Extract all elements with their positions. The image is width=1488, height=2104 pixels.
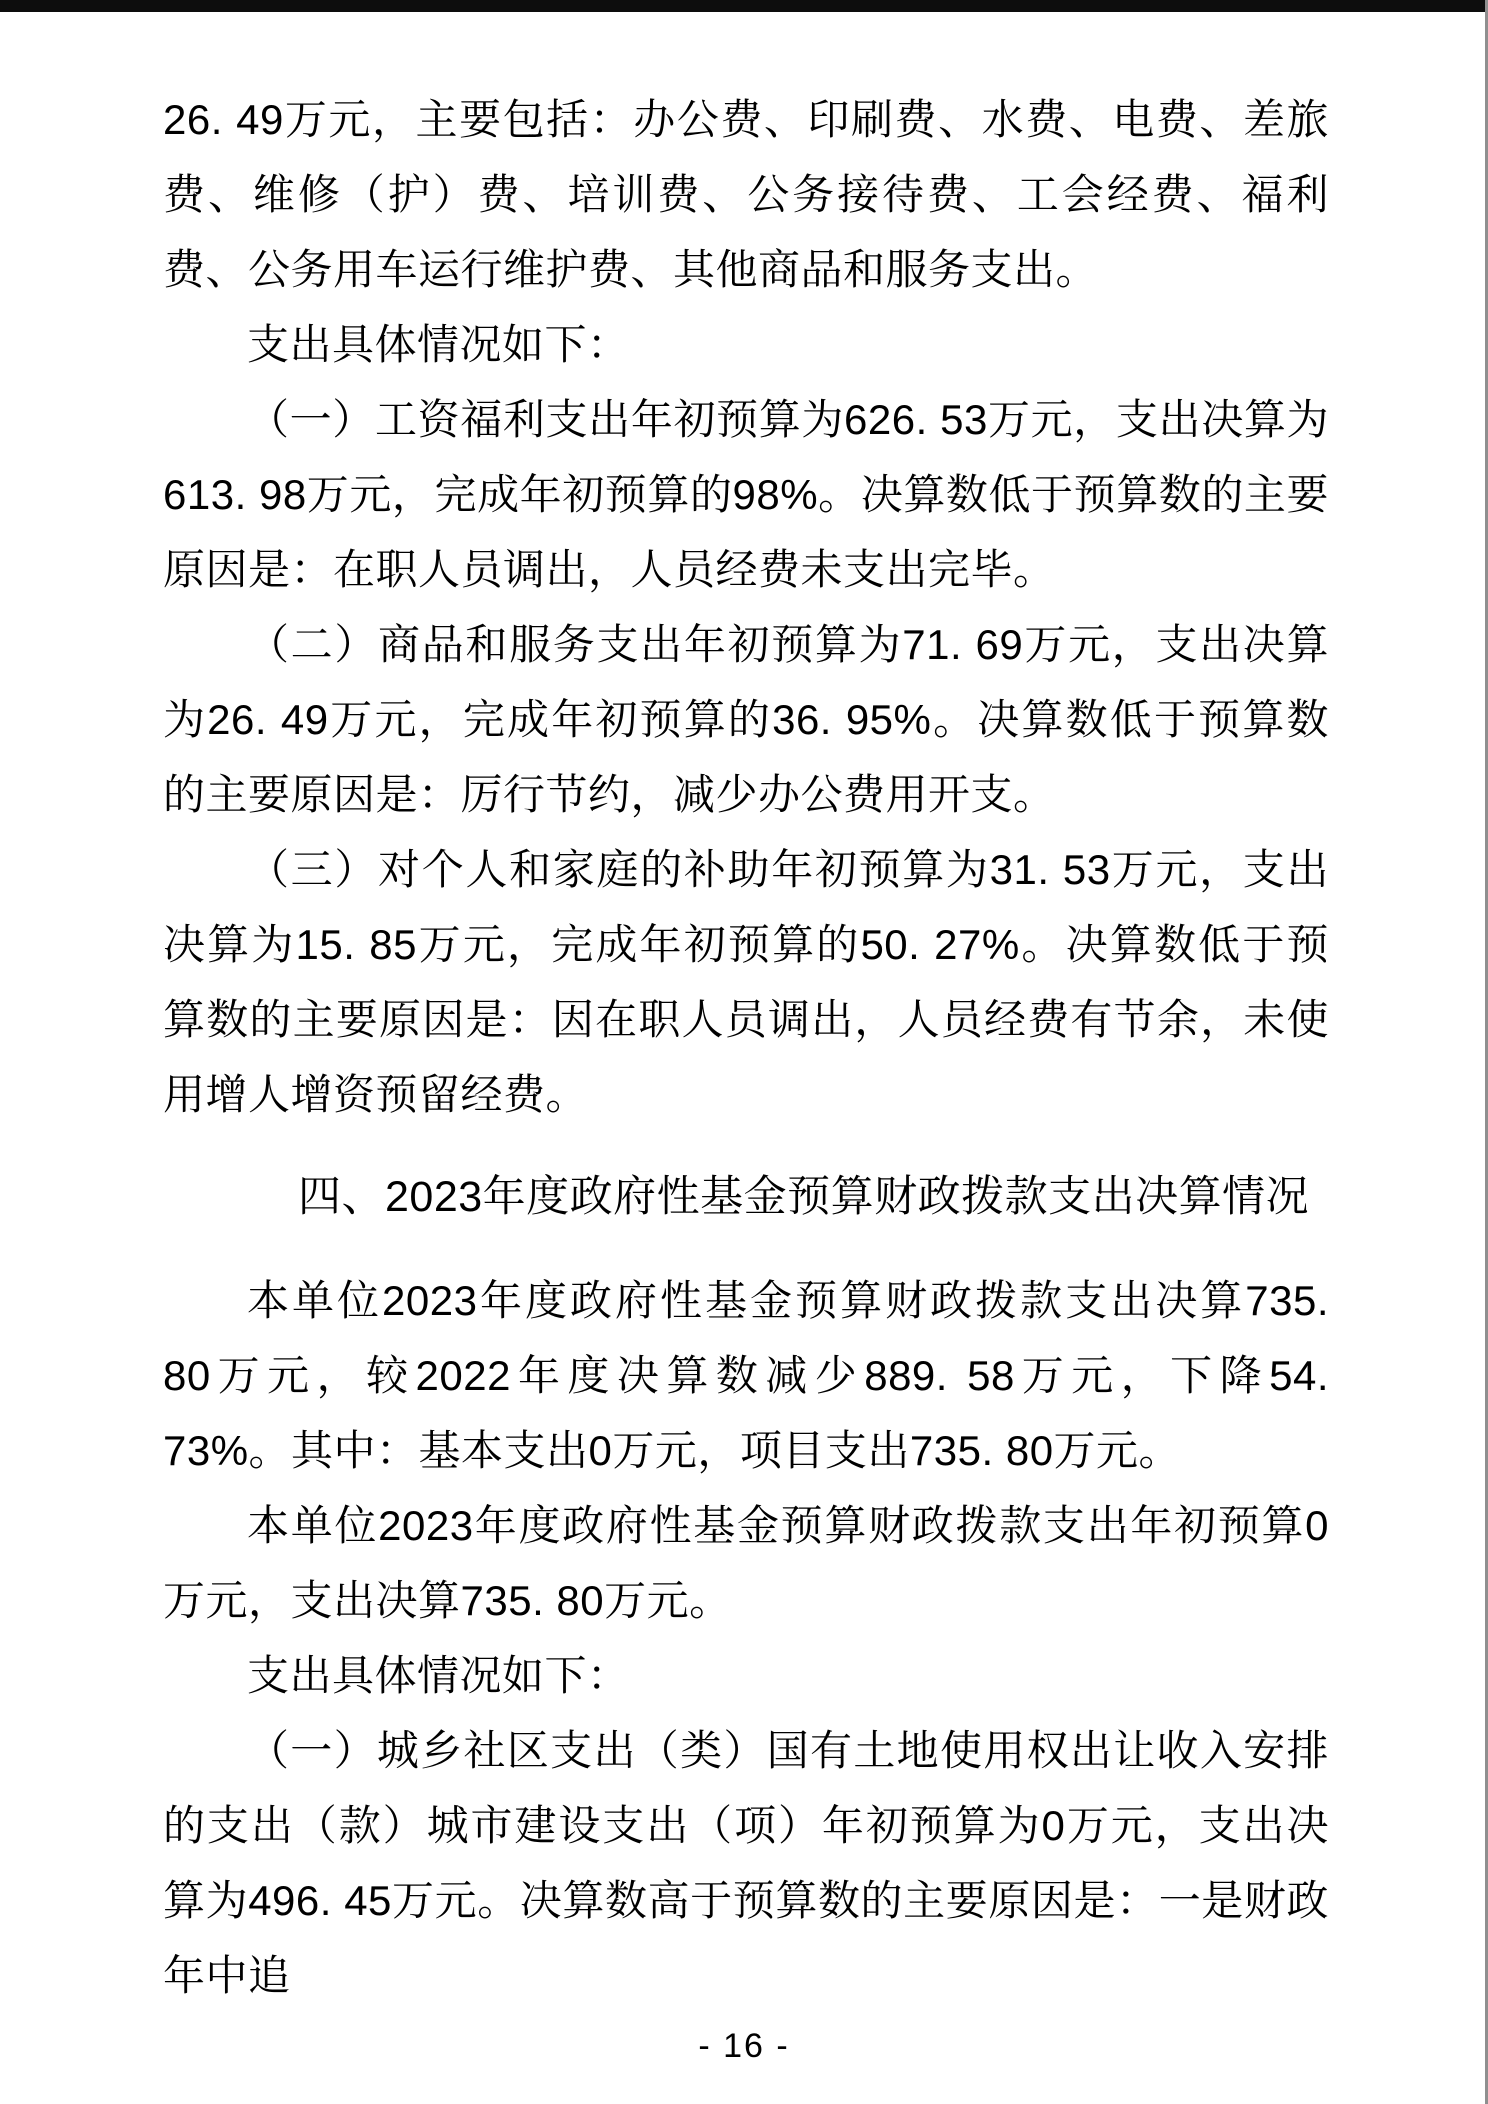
paragraph-item-1-salary-welfare: （一）工资福利支出年初预算为626. 53万元，支出决算为613. 98万元，完… xyxy=(163,382,1329,607)
paragraph-fund-expenditure-summary: 本单位2023年度政府性基金预算财政拨款支出决算735. 80万元，较2022年… xyxy=(163,1263,1329,1488)
section-heading-government-fund-budget: 四、2023年度政府性基金预算财政拨款支出决算情况 xyxy=(163,1160,1329,1235)
paragraph-expenditure-details-intro: 支出具体情况如下： xyxy=(163,307,1329,382)
paragraph-fund-budget-vs-final: 本单位2023年度政府性基金预算财政拨款支出年初预算0万元，支出决算735. 8… xyxy=(163,1488,1329,1638)
paragraph-item-2-goods-services: （二）商品和服务支出年初预算为71. 69万元，支出决算为26. 49万元，完成… xyxy=(163,607,1329,832)
paragraph-item-3-individual-family-subsidy: （三）对个人和家庭的补助年初预算为31. 53万元，支出决算为15. 85万元，… xyxy=(163,832,1329,1132)
paragraph-item-1-urban-rural-community: （一）城乡社区支出（类）国有土地使用权出让收入安排的支出（款）城市建设支出（项）… xyxy=(163,1713,1329,2013)
page-number: - 16 - xyxy=(0,2027,1488,2066)
paragraph-goods-services-breakdown: 26. 49万元，主要包括：办公费、印刷费、水费、电费、差旅费、维修（护）费、培… xyxy=(163,82,1329,307)
scan-edge-top xyxy=(0,0,1488,12)
document-body: 26. 49万元，主要包括：办公费、印刷费、水费、电费、差旅费、维修（护）费、培… xyxy=(163,82,1329,2013)
paragraph-expenditure-details-intro-2: 支出具体情况如下： xyxy=(163,1638,1329,1713)
